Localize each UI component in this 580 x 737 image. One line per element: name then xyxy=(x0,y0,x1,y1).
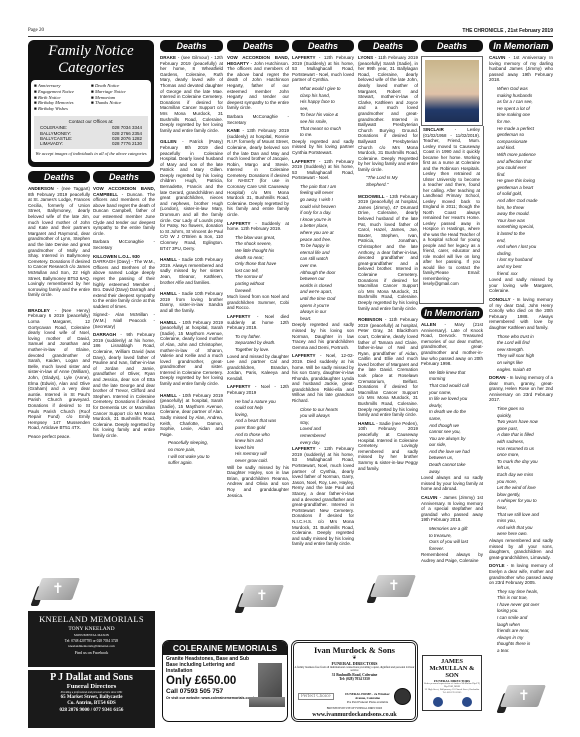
ad-coleraine-memorials: COLERAINE MEMORIALS Granite Headstones, … xyxy=(162,640,288,722)
notice-lafferty: LAFFERTY - 12th February 2019 (suddenly)… xyxy=(292,446,354,547)
category-item: Birthday Wishes xyxy=(34,106,91,112)
notice-gillen: GILLEN - Patrick (Patsy) February 8th 20… xyxy=(160,139,223,251)
ad-pj-dallat: P J Dallat and Sons Funeral Directors Pr… xyxy=(28,670,155,728)
page-number: Page 20 xyxy=(28,28,44,33)
bible-icon: ✝ xyxy=(368,573,414,605)
category-list: Anniversary Death Notice Engagement Noti… xyxy=(34,83,148,112)
notice-sinclair: SINCLAIR - Lesley (01/02/1958 - 11/02/20… xyxy=(419,126,484,304)
categories-title: Family Notice Categories xyxy=(31,43,151,77)
bible-icon: ✝ xyxy=(236,583,282,615)
headstone-image xyxy=(258,663,282,701)
notice-doyle: DOYLE - In loving memory of Evelyn a dea… xyxy=(489,563,553,585)
section-header-deaths: Deaths xyxy=(28,171,90,183)
section-header-deaths: Deaths xyxy=(227,40,289,52)
notice-robinson: ROBINSON - 11th February 2019 (peacefull… xyxy=(358,317,418,418)
section-header-deaths: Deaths xyxy=(358,40,418,52)
notice-mcdowell: MCDOWELL - 13th February 2019 (peacefull… xyxy=(358,194,418,311)
notice-vow-campbell: VOW ACCORDION BAND, CAMPBELL - Duncan. T… xyxy=(93,186,155,236)
section-header-deaths: Deaths xyxy=(292,40,354,52)
column-4: Deaths VOW ACCORDION BAND, HEGARTY - Joh… xyxy=(227,40,289,560)
column-2: Deaths VOW ACCORDION BAND, CAMPBELL - Du… xyxy=(93,171,155,442)
notice-lafferty: LAFFERTY - Suddenly at home. 12th Februa… xyxy=(227,221,289,232)
notice-lafferty: LAFFERTY - Noel, 12-02-2019. Died sudden… xyxy=(292,353,354,403)
notice-lafferty: LAFFERTY - 12th February 2019 (Suddenly)… xyxy=(292,159,354,181)
website-link[interactable]: www.ivanmurdockandsons.co.uk xyxy=(292,712,417,718)
notice-lafferty: LAFFERTY - 12th February 2019 (Suddenly)… xyxy=(292,55,354,83)
column-6: Deaths LYONS - 11th February 2019 (peace… xyxy=(358,40,418,630)
column-8: In Memoriam CALVIN - 1st Anniversary In … xyxy=(489,40,553,655)
section-header-deaths: Deaths xyxy=(421,40,483,52)
bible-icon: ✝ xyxy=(498,683,544,715)
notice-hamill: HAMILL - 10th February 2019 (peacefully)… xyxy=(160,393,223,438)
notice-conolly: CONOLLY - In loving memory of my dear Da… xyxy=(489,297,553,331)
ad-kneeland-memorials: KNEELAND MEMORIALS TONY KNEELAND MONUMEN… xyxy=(28,611,155,667)
notice-vow-hegarty: VOW ACCORDION BAND, HEGARTY - John Hutch… xyxy=(227,55,289,111)
notice-hamill: HAMILL - Sadie 10th February 2019 from l… xyxy=(160,291,223,313)
selected-independent-logo-icon xyxy=(462,697,472,707)
nafd-logo-icon xyxy=(433,697,443,707)
bifd-seal-icon xyxy=(394,688,411,705)
facebook-icon[interactable]: Find us on Facebook xyxy=(28,650,155,655)
column-1: Deaths ANDERSON - (nee Taggart) 8th Febr… xyxy=(28,171,90,443)
notice-hamill: HAMILL - 10th February 2019 (peacefully)… xyxy=(160,320,223,387)
notice-anderson: ANDERSON - (nee Taggart) 8th February 20… xyxy=(28,186,90,298)
notice-calvin: CALVIN - 1st Anniversary In loving memor… xyxy=(489,55,553,83)
bible-icon: ✝ xyxy=(32,576,78,608)
section-header-deaths: Deaths xyxy=(93,171,155,183)
notice-drake: DRAKE - (see Gilmour) - 12th February 20… xyxy=(160,55,223,133)
notice-calvin: CALVIN - James (Jimmy) 1st Anniversary. … xyxy=(421,495,483,523)
notice-hamill: HAMILL - Sadie 10th February 2019. Alway… xyxy=(160,257,223,285)
notice-hamill: HAMILL - Sadie (nee Peden), 10th Februar… xyxy=(358,421,418,471)
column-5: Deaths LAFFERTY - 12th February 2019 (Su… xyxy=(292,40,354,635)
column-7: In Memoriam ALLEN - Mary (21st Anniversa… xyxy=(421,307,483,652)
notice-killowen: KILLOWEN L.O.L. 930DARRAGH (Davy) - The … xyxy=(93,254,155,310)
notice-kane: KANE - 13th February 2019 (suddenly) at … xyxy=(227,128,289,218)
page-header: Page 20 THE CHRONICLE , 21st February 20… xyxy=(28,28,553,37)
section-header-in-memoriam: In Memoriam xyxy=(421,307,483,319)
category-item: Thanks Notice xyxy=(91,100,148,106)
notice-darragh: DARRAGH - 9th February 2019 (suddenly) a… xyxy=(93,332,155,438)
notice-lafferty: LAFFERTY - Noel died suddenly at home 12… xyxy=(227,314,289,331)
ad-ivan-murdock: Ivan Murdock & Sons ❦ FUNERAL DIRECTORS … xyxy=(291,640,418,722)
accept-note: We accept images of individuals in all o… xyxy=(34,151,148,157)
ad-james-mcmullan: JAMES McMULLAN & SON FUNERAL DIRECTORS U… xyxy=(422,655,482,711)
notice-lyons: LYONS - 11th February 2019 (peacefully) … xyxy=(358,55,418,172)
notice-doran: DORAN - In loving memory of a dear mum, … xyxy=(489,375,553,403)
newspaper-page: Page 20 THE CHRONICLE , 21st February 20… xyxy=(28,28,553,728)
portrait-photo xyxy=(421,56,483,126)
notice-lafferty: LAFFERTY - Noel - 12th February 2019 xyxy=(227,384,289,395)
family-notice-categories: Family Notice Categories Anniversary Dea… xyxy=(28,40,154,167)
contact-offices: Contact our Offices at: COLERAINE:028 70… xyxy=(34,116,148,149)
notice-allen: ALLEN - Mary (21st Anniversary). Late of… xyxy=(421,322,483,367)
section-header-deaths: Deaths xyxy=(160,40,223,52)
column-3: Deaths DRAKE - (see Gilmour) - 12th Febr… xyxy=(160,40,223,630)
notice-bradley: BRADLEY - (Nee Henry) February 6 2019 (p… xyxy=(28,308,90,431)
publication-title: THE CHRONICLE , 21st February 2019 xyxy=(462,28,553,34)
section-header-in-memoriam: In Memoriam xyxy=(489,40,553,52)
phone-number: 028 7776 2130 xyxy=(112,141,142,146)
